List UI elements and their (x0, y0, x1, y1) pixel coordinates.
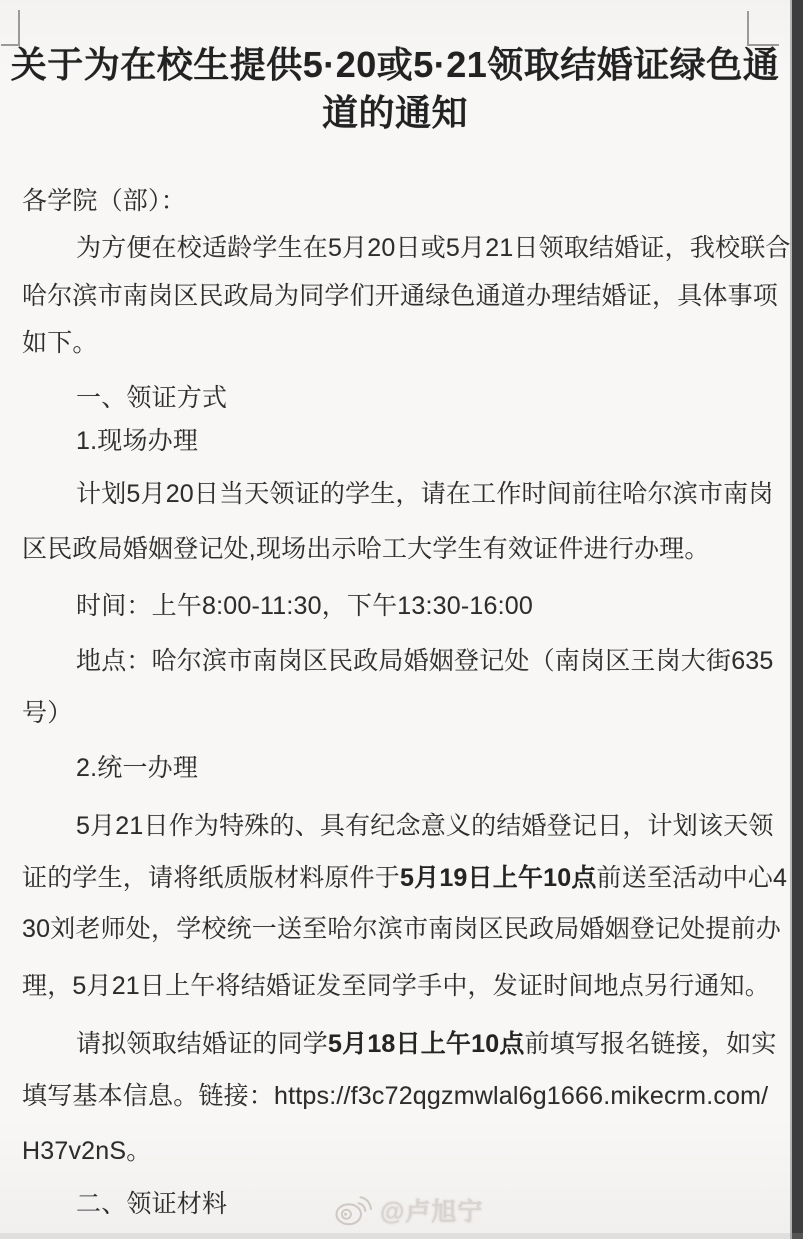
text: 1.现场办理 (76, 427, 198, 455)
bold-text: 5月18日上午10点 (328, 1030, 525, 1058)
text: 为方便在校适龄学生在5月20日或5月21日领取结婚证，我校联合 (76, 234, 791, 262)
text: 计划5月20日当天领证的学生，请在工作时间前往哈尔滨市南岗 (76, 480, 774, 508)
body-line: 计划5月20日当天领证的学生，请在工作时间前往哈尔滨市南岗 (76, 478, 774, 510)
body-line: 地点：哈尔滨市南岗区民政局婚姻登记处（南岗区王岗大街635 (76, 645, 774, 677)
body-line: 号） (22, 697, 72, 729)
text: 区民政局婚姻登记处,现场出示哈工大学生有效证件进行办理。 (22, 535, 710, 563)
text: 证的学生，请将纸质版材料原件于 (22, 864, 400, 892)
text: 5月21日作为特殊的、具有纪念意义的结婚登记日，计划该天领 (76, 812, 774, 840)
text: H37v2nS。 (22, 1137, 151, 1165)
text: 填写基本信息。链接：https://f3c72qgzmwlal6g1666.mi… (22, 1082, 768, 1110)
text: 2.统一办理 (76, 754, 198, 782)
title-line: 关于为在校生提供5·20或5·21领取结婚证绿色通 (0, 41, 790, 89)
text: 地点：哈尔滨市南岗区民政局婚姻登记处（南岗区王岗大街635 (76, 647, 774, 675)
body-line: 理，5月21日上午将结婚证发至同学手中，发证时间地点另行通知。 (22, 970, 770, 1002)
title-line: 道的通知 (0, 89, 790, 137)
weibo-icon (334, 1193, 372, 1227)
body-line: 为方便在校适龄学生在5月20日或5月21日领取结婚证，我校联合 (76, 232, 791, 264)
watermark: @卢旭宁 (334, 1190, 483, 1230)
text: 哈尔滨市南岗区民政局为同学们开通绿色通道办理结婚证，具体事项 (22, 282, 778, 310)
body-line: 时间：上午8:00-11:30，下午13:30-16:00 (76, 590, 533, 622)
text: 号） (22, 699, 72, 727)
body-line: H37v2nS。 (22, 1135, 151, 1167)
body-line: 区民政局婚姻登记处,现场出示哈工大学生有效证件进行办理。 (22, 533, 710, 565)
body-line: 5月21日作为特殊的、具有纪念意义的结婚登记日，计划该天领 (76, 810, 774, 842)
text: 前填写报名链接，如实 (525, 1030, 777, 1058)
body-line: 哈尔滨市南岗区民政局为同学们开通绿色通道办理结婚证，具体事项 (22, 280, 778, 312)
body-line: 一、领证方式 (76, 382, 227, 414)
text: 各学院（部）： (22, 187, 186, 215)
watermark-handle: @卢旭宁 (380, 1192, 483, 1228)
page-title: 关于为在校生提供5·20或5·21领取结婚证绿色通道的通知 (0, 41, 790, 137)
body-line: 请拟领取结婚证的同学5月18日上午10点前填写报名链接，如实 (76, 1028, 777, 1060)
document-page: 关于为在校生提供5·20或5·21领取结婚证绿色通道的通知 各学院（部）：为方便… (0, 0, 803, 1239)
body-line: 填写基本信息。链接：https://f3c72qgzmwlal6g1666.mi… (22, 1080, 768, 1112)
text: 如下。 (22, 329, 98, 357)
text: 一、领证方式 (76, 384, 227, 412)
body-line: 1.现场办理 (76, 425, 198, 457)
text: 理，5月21日上午将结婚证发至同学手中，发证时间地点另行通知。 (22, 972, 770, 1000)
text: 二、领证材料 (76, 1190, 227, 1218)
text: 30刘老师处，学校统一送至哈尔滨市南岗区民政局婚姻登记处提前办 (22, 915, 781, 943)
body-line: 二、领证材料 (76, 1188, 227, 1220)
body-line: 各学院（部）： (22, 185, 186, 217)
text: 请拟领取结婚证的同学 (76, 1030, 328, 1058)
text: 前送至活动中心4 (597, 864, 788, 892)
body-line: 2.统一办理 (76, 752, 198, 784)
bottom-edge-smudge (0, 1233, 803, 1239)
bold-text: 5月19日上午10点 (400, 864, 597, 892)
body-line: 30刘老师处，学校统一送至哈尔滨市南岗区民政局婚姻登记处提前办 (22, 913, 781, 945)
right-edge-band (792, 0, 803, 1239)
body-line: 证的学生，请将纸质版材料原件于5月19日上午10点前送至活动中心4 (22, 862, 787, 894)
body-line: 如下。 (22, 327, 98, 359)
text: 时间：上午8:00-11:30，下午13:30-16:00 (76, 592, 533, 620)
